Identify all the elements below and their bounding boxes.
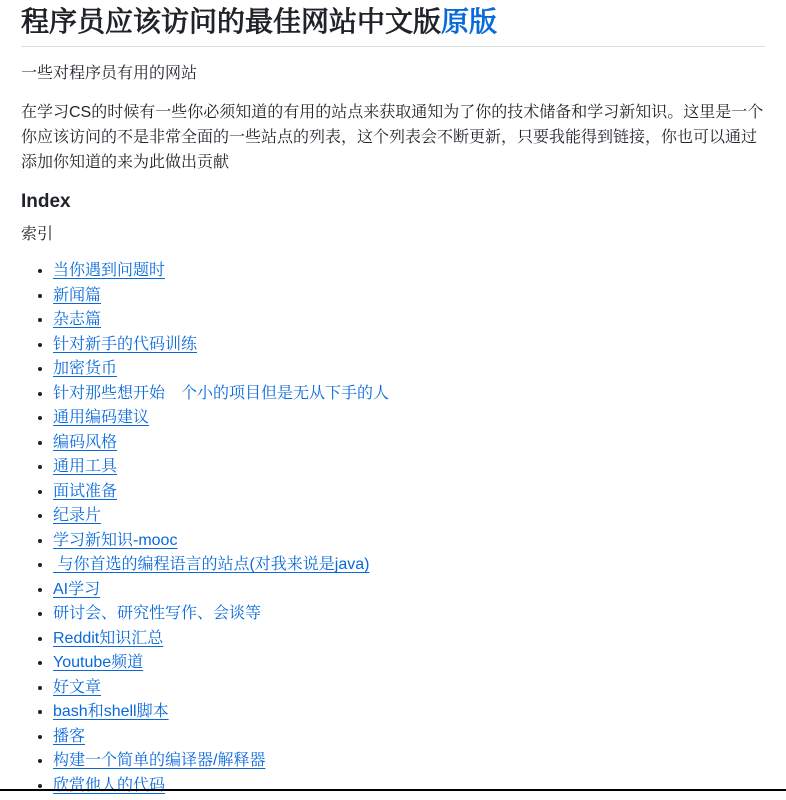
index-list-item: 学习新知识-mooc — [53, 529, 765, 554]
index-list: 当你遇到问题时新闻篇杂志篇针对新手的代码训练加密货币针对那些想开始 个小的项目但… — [21, 259, 765, 798]
page-title: 程序员应该访问的最佳网站中文版原版 — [21, 4, 765, 47]
index-link[interactable]: bash和shell脚本 — [53, 703, 169, 720]
description-text: 在学习CS的时候有一些你必须知道的有用的站点来获取通知为了你的技术储备和学习新知… — [21, 100, 765, 175]
bottom-edge-line — [0, 789, 786, 791]
index-list-item: Reddit知识汇总 — [53, 627, 765, 652]
index-link[interactable]: 与你首选的编程语言的站点(对我来说是java) — [53, 556, 369, 573]
index-link[interactable]: 纪录片 — [53, 507, 101, 524]
index-link[interactable]: 学习新知识-mooc — [53, 532, 177, 549]
index-list-item: 欣赏他人的代码 — [53, 774, 765, 799]
index-heading: Index — [21, 189, 765, 214]
index-list-item: 针对新手的代码训练 — [53, 333, 765, 358]
index-link[interactable]: 通用工具 — [53, 458, 117, 475]
index-link[interactable]: 针对那些想开始 个小的项目但是无从下手的人 — [53, 385, 389, 402]
index-link[interactable]: Youtube频道 — [53, 654, 143, 671]
index-link[interactable]: 面试准备 — [53, 483, 117, 500]
index-link[interactable]: 欣赏他人的代码 — [53, 777, 165, 794]
index-link[interactable]: 杂志篇 — [53, 311, 101, 328]
index-link[interactable]: 加密货币 — [53, 360, 117, 377]
index-list-item: 研讨会、研究性写作、会谈等 — [53, 602, 765, 627]
index-link[interactable]: 新闻篇 — [53, 287, 101, 304]
page-title-text: 程序员应该访问的最佳网站中文版 — [21, 6, 441, 37]
index-list-item: AI学习 — [53, 578, 765, 603]
original-version-link[interactable]: 原版 — [441, 6, 497, 37]
readme-page: 程序员应该访问的最佳网站中文版原版 一些对程序员有用的网站 在学习CS的时候有一… — [0, 0, 786, 800]
index-link[interactable]: 播客 — [53, 728, 85, 745]
index-list-item: 加密货币 — [53, 357, 765, 382]
index-heading-zh: 索引 — [21, 222, 765, 247]
index-link[interactable]: 针对新手的代码训练 — [53, 336, 197, 353]
index-list-item: 杂志篇 — [53, 308, 765, 333]
index-link[interactable]: 编码风格 — [53, 434, 117, 451]
index-link[interactable]: 通用编码建议 — [53, 409, 149, 426]
index-list-item: 构建一个简单的编译器/解释器 — [53, 749, 765, 774]
index-list-item: 新闻篇 — [53, 284, 765, 309]
index-list-item: 通用工具 — [53, 455, 765, 480]
index-list-item: Youtube频道 — [53, 651, 765, 676]
intro-text: 一些对程序员有用的网站 — [21, 61, 765, 86]
index-list-item: 播客 — [53, 725, 765, 750]
index-link[interactable]: Reddit知识汇总 — [53, 630, 163, 647]
index-link[interactable]: 研讨会、研究性写作、会谈等 — [53, 605, 261, 622]
index-link[interactable]: 当你遇到问题时 — [53, 262, 165, 279]
index-list-item: bash和shell脚本 — [53, 700, 765, 725]
index-list-item: 好文章 — [53, 676, 765, 701]
index-link[interactable]: 好文章 — [53, 679, 101, 696]
index-list-item: 编码风格 — [53, 431, 765, 456]
index-list-item: 面试准备 — [53, 480, 765, 505]
index-list-item: 与你首选的编程语言的站点(对我来说是java) — [53, 553, 765, 578]
index-link[interactable]: AI学习 — [53, 581, 100, 598]
index-list-item: 纪录片 — [53, 504, 765, 529]
index-link[interactable]: 构建一个简单的编译器/解释器 — [53, 752, 265, 769]
index-list-item: 通用编码建议 — [53, 406, 765, 431]
index-list-item: 当你遇到问题时 — [53, 259, 765, 284]
index-list-item: 针对那些想开始 个小的项目但是无从下手的人 — [53, 382, 765, 407]
